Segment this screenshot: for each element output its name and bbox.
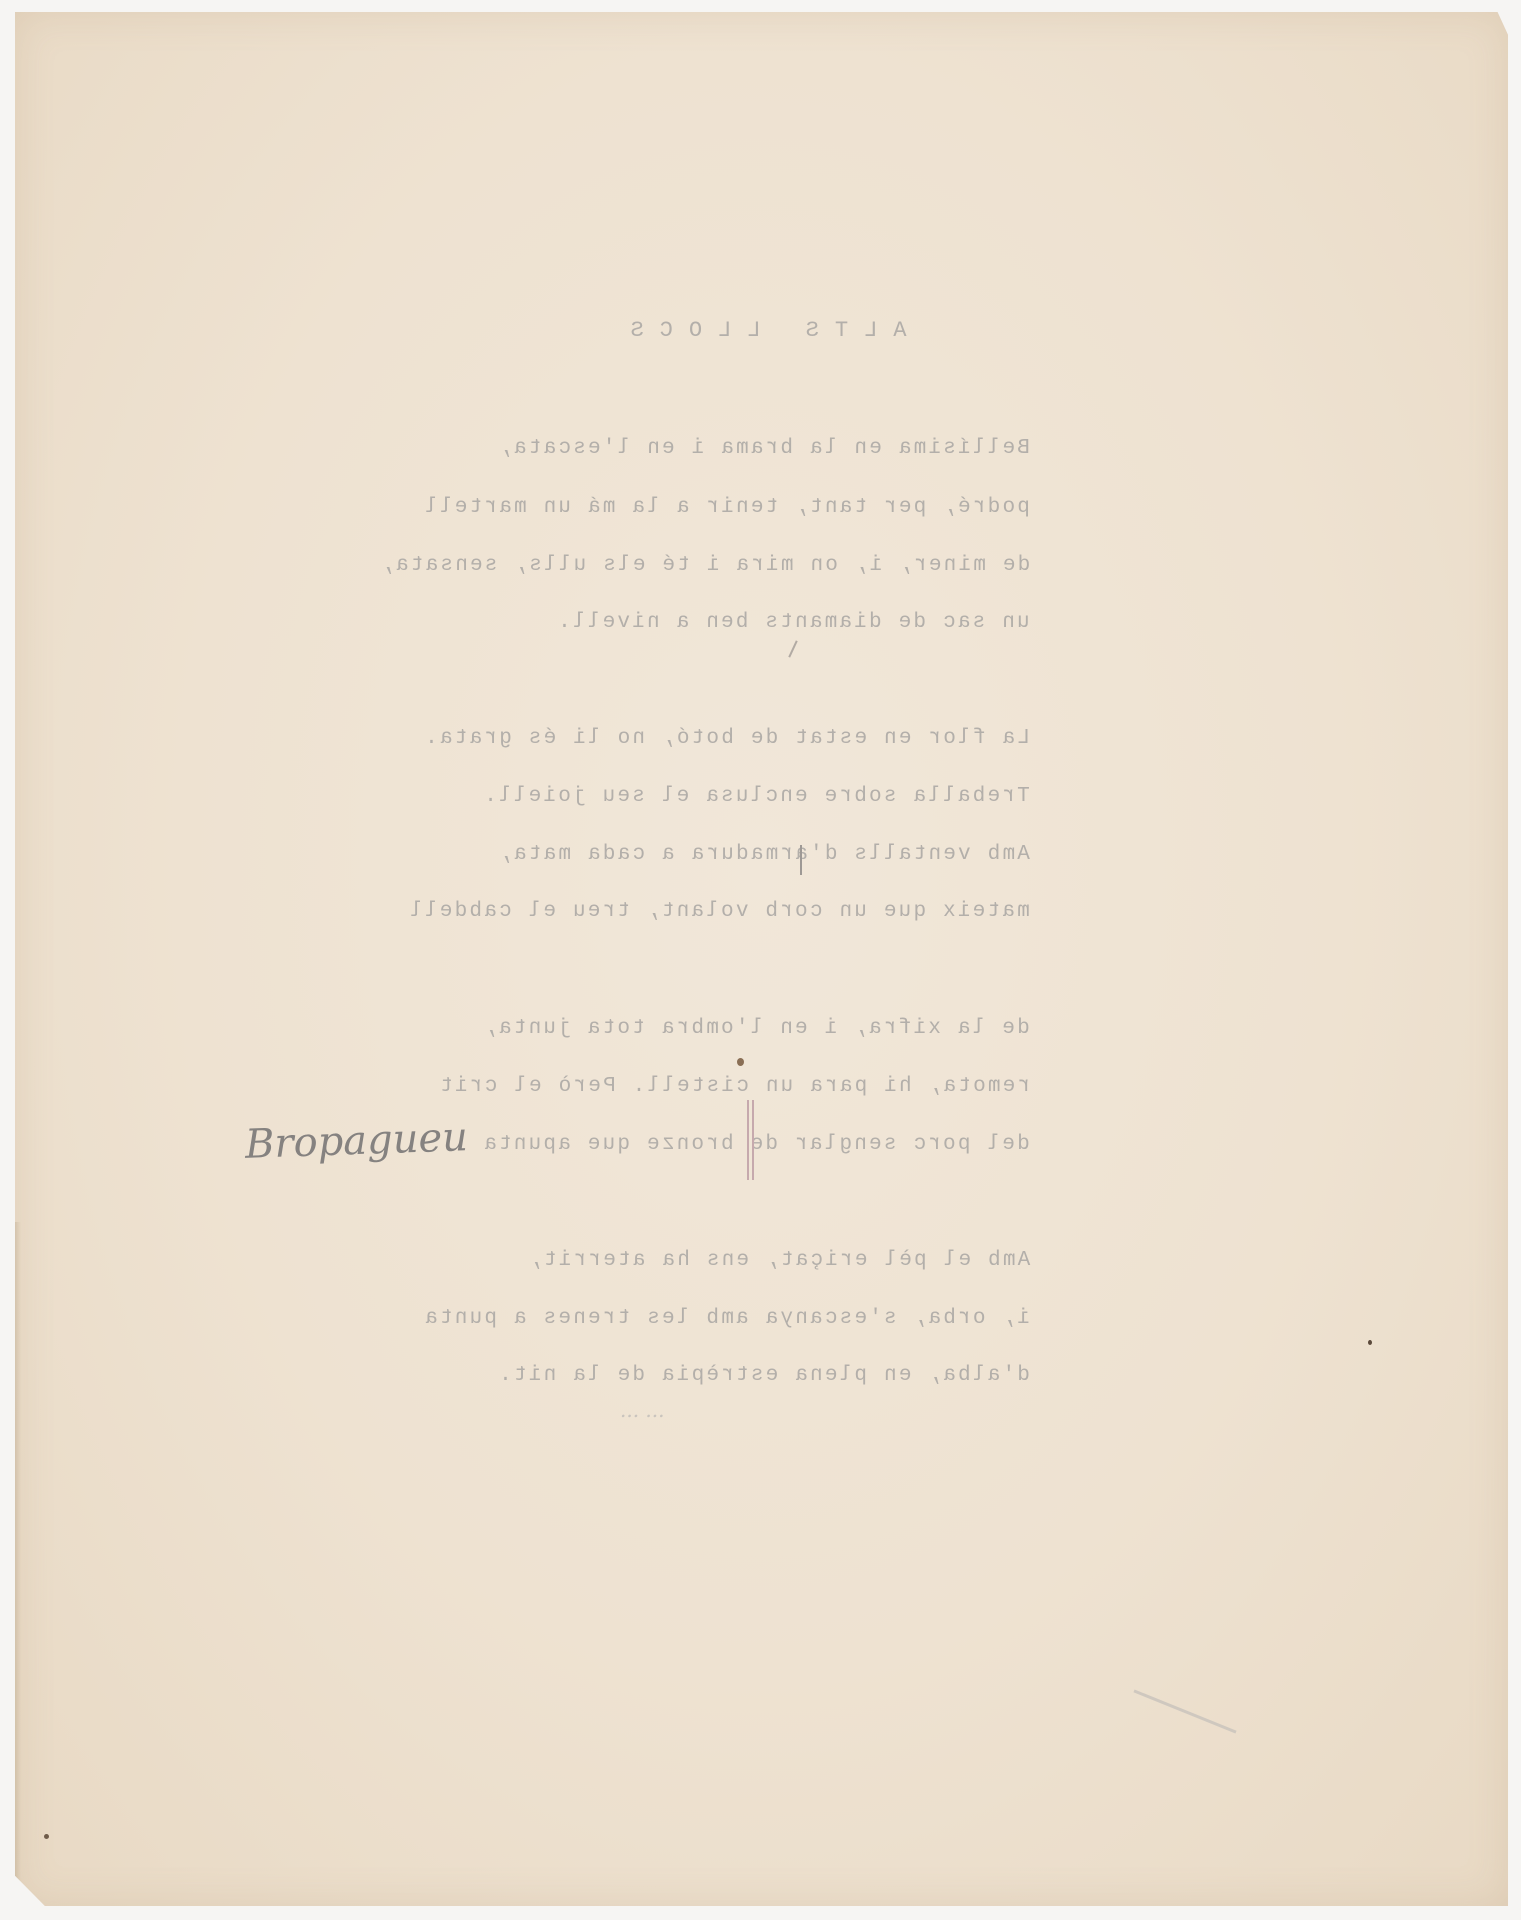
paper-crease [15, 1222, 21, 1920]
ink-spot [737, 1058, 744, 1066]
poem-line: Amb el pèl eriçat, ens ha aterrit, [527, 1249, 1030, 1272]
poem-line: La flor en estat de botó, no li és grata… [423, 727, 1030, 750]
poem-line: del porc senglar de bronze que apunta [482, 1133, 1030, 1156]
poem-line: Bellísima en la brama i en l'escata, [497, 437, 1030, 460]
correction-mark [752, 1100, 754, 1180]
correction-mark [747, 1100, 749, 1180]
poem-line: podré, per tant, tenir a la má un martel… [423, 496, 1030, 519]
poem-line: Treballa sobre enclusa el seu joiell. [482, 785, 1030, 808]
paper-sheet [15, 12, 1508, 1906]
poem-line: de la xifra, i en l'ombra tota junta, [482, 1017, 1030, 1040]
poem-line: de miner, i, on mira i té els ulls, sens… [379, 554, 1030, 577]
ink-spot [1368, 1340, 1372, 1345]
poem-line: mateix que un corb volant, treu el cabde… [408, 900, 1030, 923]
poem-title: ALTS LLOCS [0, 318, 1521, 343]
poem-line: Amb ventalls d'armadura a cada mata, [497, 843, 1030, 866]
scanned-document: ALTS LLOCS Bellísima en la brama i en l'… [0, 0, 1521, 1920]
correction-mark [800, 845, 802, 875]
margin-handwriting: Bropagueu [244, 1114, 468, 1168]
below-poem-handwriting: ... ... [620, 1398, 665, 1422]
ink-spot [44, 1834, 49, 1839]
poem-line: un sac de diamants ben a nivell. [556, 611, 1030, 634]
poem-line: remota, hi para un cistell. Però el crit [438, 1075, 1030, 1098]
poem-line: i, orba, s'escanya amb les trenes a punt… [423, 1307, 1030, 1330]
poem-line: d'alba, en plena estrèpia de la nit. [497, 1364, 1030, 1387]
